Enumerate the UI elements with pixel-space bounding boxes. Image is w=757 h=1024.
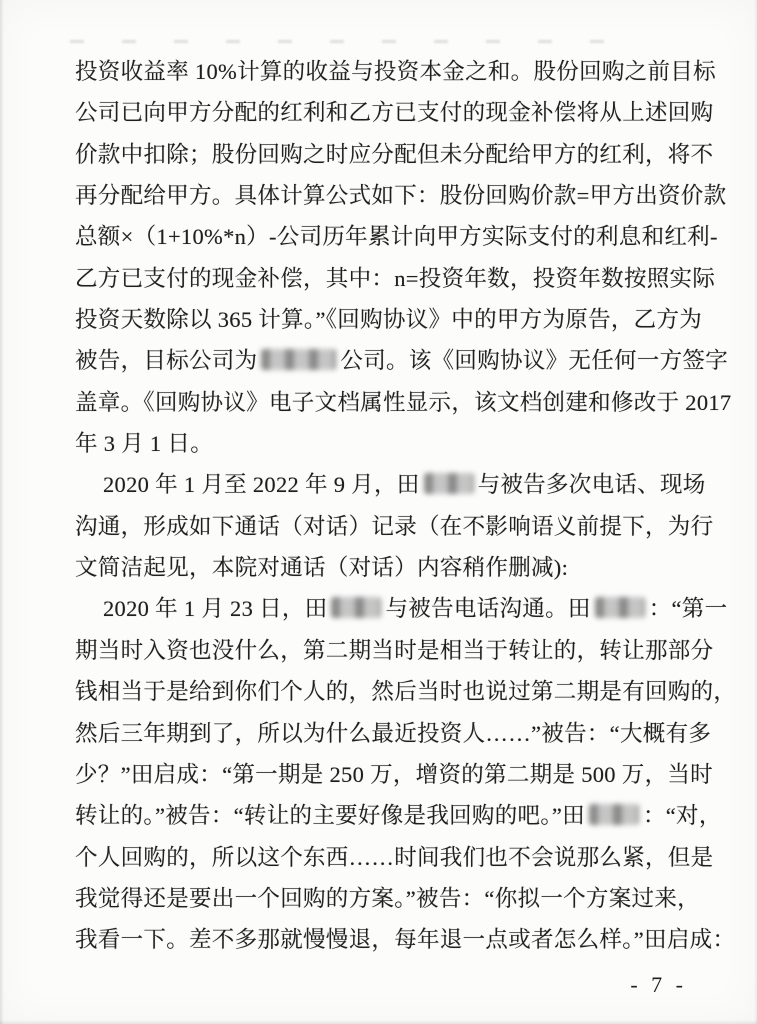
text-line: 钱相当于是给到你们个人的，然后当时也说过第二期是有回购的， [75,671,690,712]
text-segment: 公司。该《回购协议》无任何一方签字 [340,348,728,373]
text-segment: 再分配给甲方。具体计算公式如下：股份回购价款=甲方出资价款 [75,183,726,208]
text-segment: 我觉得还是要出一个回购的方案。”被告：“你拟一个方案过来， [75,886,700,911]
text-line: 年 3 月 1 日。 [75,423,690,464]
text-line: 我觉得还是要出一个回购的方案。”被告：“你拟一个方案过来， [75,878,690,919]
text-line: 乙方已支付的现金补偿，其中：n=投资年数，投资年数按照实际 [75,258,690,299]
text-line: 投资收益率 10%计算的收益与投资本金之和。股份回购之前目标 [75,51,690,92]
text-segment: 2020 年 1 月 23 日，田 [103,596,327,621]
text-segment: 沟通，形成如下通话（对话）记录（在不影响语义前提下，为行 [75,514,713,539]
text-line: 被告，目标公司为公司。该《回购协议》无任何一方签字 [75,340,690,381]
text-segment: 然后三年期到了，所以为什么最近投资人……”被告：“大概有多 [75,721,711,746]
redacted-text [595,597,645,618]
redacted-text [331,597,381,618]
text-line: 盖章。《回购协议》电子文档属性显示，该文档创建和修改于 2017 [75,382,690,423]
text-segment: 总额×（1+10%*n）-公司历年累计向甲方实际支付的利息和红利- [75,224,718,249]
text-segment: ：“第一 [649,596,728,621]
text-segment: 乙方已支付的现金补偿，其中：n=投资年数，投资年数按照实际 [75,266,715,291]
text-segment: 文简洁起见，本院对通话（对话）内容稍作删减): [75,555,568,580]
text-segment: 少？”田启成：“第一期是 250 万，增资的第二期是 500 万，当时 [75,762,713,787]
text-segment: 投资收益率 10%计算的收益与投资本金之和。股份回购之前目标 [75,59,716,84]
text-segment: 盖章。《回购协议》电子文档属性显示，该文档创建和修改于 2017 [75,390,731,415]
text-segment: 价款中扣除；股份回购之时应分配但未分配给甲方的红利，将不 [75,142,713,167]
text-segment: 被告，目标公司为 [75,348,257,373]
text-line: 然后三年期到了，所以为什么最近投资人……”被告：“大概有多 [75,713,690,754]
text-line: 我看一下。差不多那就慢慢退，每年退一点或者怎么样。”田启成： [75,919,690,960]
text-segment: 年 3 月 1 日。 [75,431,213,456]
scan-edge-left [0,0,4,1024]
redacted-text [424,473,474,494]
text-line: 转让的。”被告：“转让的主要好像是我回购的吧。”田：“对， [75,795,690,836]
text-line: 期当时入资也没什么，第二期当时是相当于转让的，转让那部分 [75,630,690,671]
text-segment: 个人回购的，所以这个东西……时间我们也不会说那么紧，但是 [75,845,713,870]
text-segment: 2020 年 1 月至 2022 年 9 月，田 [103,472,420,497]
text-line: 再分配给甲方。具体计算公式如下：股份回购价款=甲方出资价款 [75,175,690,216]
text-segment: 公司已向甲方分配的红利和乙方已支付的现金补偿将从上述回购 [75,100,713,125]
scan-edge-bottom [0,1020,757,1024]
text-segment: 与被告多次电话、现场 [478,472,706,497]
text-segment: 投资天数除以 365 计算。”《回购协议》中的甲方为原告，乙方为 [75,307,702,332]
text-segment: 我看一下。差不多那就慢慢退，每年退一点或者怎么样。”田启成： [75,927,735,952]
scanned-document-page: 投资收益率 10%计算的收益与投资本金之和。股份回购之前目标公司已向甲方分配的红… [0,0,757,1024]
text-line: 2020 年 1 月至 2022 年 9 月，田与被告多次电话、现场 [75,464,690,505]
redacted-text [589,804,639,825]
text-segment: 钱相当于是给到你们个人的，然后当时也说过第二期是有回购的， [75,679,736,704]
text-line: 个人回购的，所以这个东西……时间我们也不会说那么紧，但是 [75,837,690,878]
text-line: 价款中扣除；股份回购之时应分配但未分配给甲方的红利，将不 [75,134,690,175]
scan-artifact [70,40,630,43]
text-line: 公司已向甲方分配的红利和乙方已支付的现金补偿将从上述回购 [75,92,690,133]
page-number: - 7 - [630,972,687,998]
text-line: 沟通，形成如下通话（对话）记录（在不影响语义前提下，为行 [75,506,690,547]
text-line: 少？”田启成：“第一期是 250 万，增资的第二期是 500 万，当时 [75,754,690,795]
text-segment: ：“对， [643,803,722,828]
text-segment: 转让的。”被告：“转让的主要好像是我回购的吧。”田 [75,803,585,828]
text-segment: 与被告电话沟通。田 [385,596,590,621]
text-segment: 期当时入资也没什么，第二期当时是相当于转让的，转让那部分 [75,638,713,663]
document-body: 投资收益率 10%计算的收益与投资本金之和。股份回购之前目标公司已向甲方分配的红… [75,51,690,961]
text-line: 投资天数除以 365 计算。”《回购协议》中的甲方为原告，乙方为 [75,299,690,340]
text-line: 文简洁起见，本院对通话（对话）内容稍作删减): [75,547,690,588]
redacted-text [261,349,336,370]
text-line: 总额×（1+10%*n）-公司历年累计向甲方实际支付的利息和红利- [75,216,690,257]
text-line: 2020 年 1 月 23 日，田与被告电话沟通。田：“第一 [75,588,690,629]
